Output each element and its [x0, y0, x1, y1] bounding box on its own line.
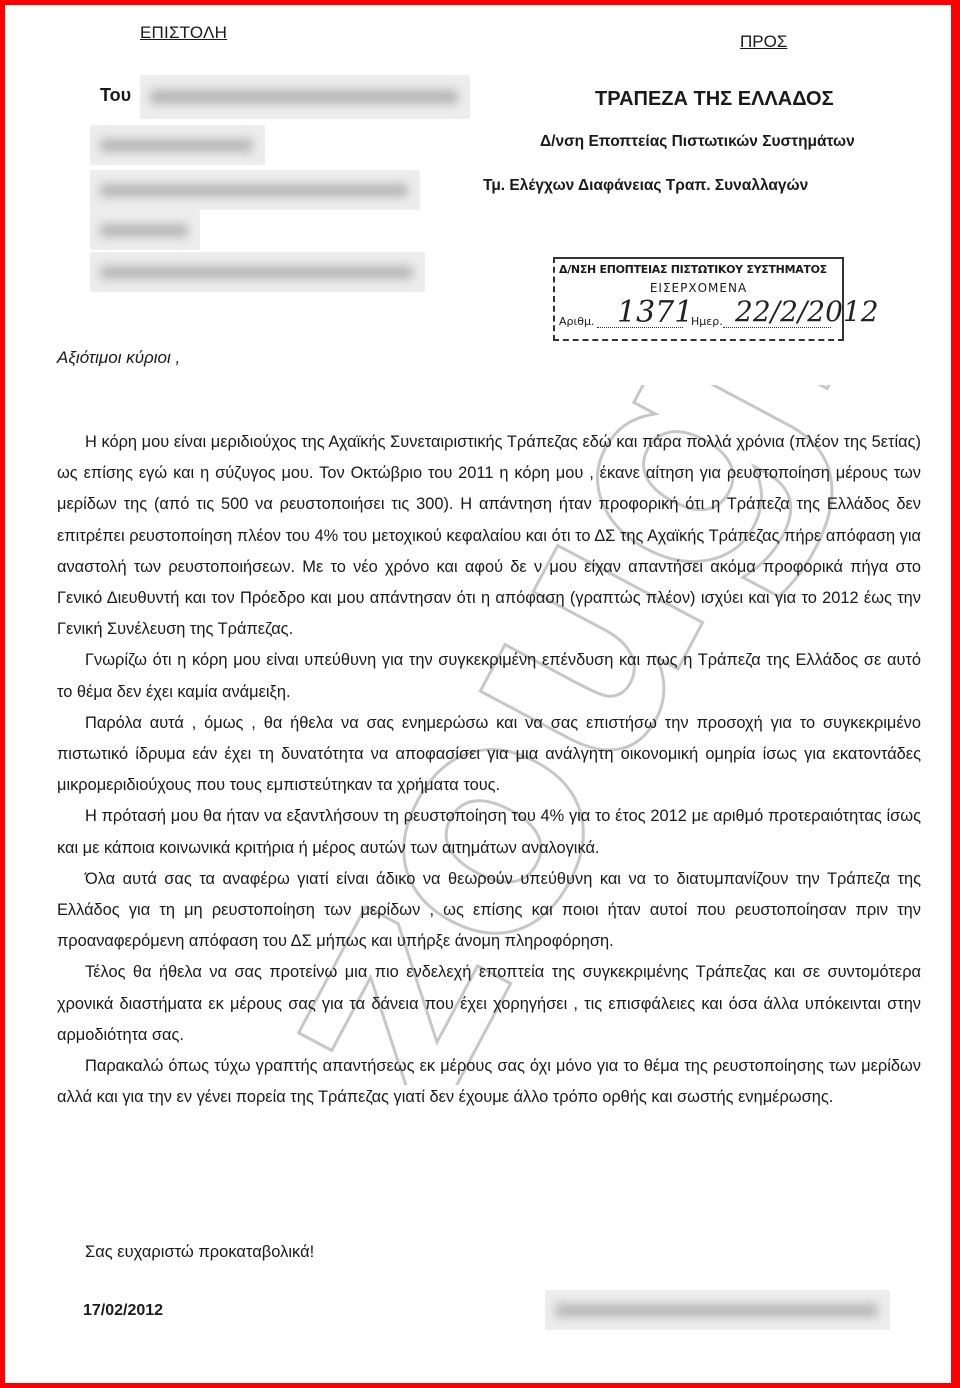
to-label: ΠΡΟΣ: [740, 32, 787, 52]
redacted-postcode: [90, 210, 200, 250]
redacted-address-line-2: [90, 170, 420, 210]
recipient-bank: ΤΡΑΠΕΖΑ ΤΗΣ ΕΛΛΑΔΟΣ: [595, 88, 834, 111]
letter-date: 17/02/2012: [83, 1302, 163, 1320]
paragraph: Τέλος θα ήθελα να σας προτείνω μια πιο ε…: [57, 957, 921, 1051]
stamp-subheader: ΕΙΣΕΡΧΟΜΕΝΑ: [555, 281, 842, 295]
paragraph: Παρακαλώ όπως τύχω γραπτής απαντήσεως εκ…: [57, 1051, 921, 1113]
paragraph: Η πρότασή μου θα ήταν να εξαντλήσουν τη …: [57, 801, 921, 863]
closing: Σας ευχαριστώ προκαταβολικά!: [85, 1243, 314, 1262]
paragraph: Παρόλα αυτά , όμως , θα ήθελα να σας ενη…: [57, 708, 921, 802]
redacted-sender-name: [140, 75, 470, 119]
stamp-date: 22/2/2012: [735, 295, 879, 328]
redacted-phone: [90, 252, 425, 292]
frame-border-right: [951, 5, 960, 1388]
paragraph: Γνωρίζω ότι η κόρη μου είναι υπεύθυνη γι…: [57, 645, 921, 707]
recipient-department: Δ/νση Εποπτείας Πιστωτικών Συστημάτων: [540, 133, 855, 151]
letter-type-label: ΕΠΙΣΤΟΛΗ: [140, 23, 227, 43]
incoming-stamp: Δ/ΝΣΗ ΕΠΟΠΤΕΙΑΣ ΠΙΣΤΩΤΙΚΟΥ ΣΥΣΤΗΜΑΤΟΣ ΕΙ…: [553, 257, 844, 341]
salutation: Αξιότιμοι κύριοι ,: [57, 348, 180, 368]
letter-body: Η κόρη μου είναι μεριδιούχος της Αχαϊκής…: [57, 427, 921, 1113]
stamp-date-label: Ημερ.: [691, 315, 723, 328]
sender-prefix: Του: [100, 85, 131, 106]
paragraph: Όλα αυτά σας τα αναφέρω γιατί είναι άδικ…: [57, 864, 921, 958]
paragraph: Η κόρη μου είναι μεριδιούχος της Αχαϊκής…: [57, 427, 921, 645]
redacted-signature: [545, 1290, 890, 1330]
recipient-section: Τμ. Ελέγχων Διαφάνειας Τραπ. Συναλλαγών: [483, 177, 808, 195]
stamp-header: Δ/ΝΣΗ ΕΠΟΠΤΕΙΑΣ ΠΙΣΤΩΤΙΚΟΥ ΣΥΣΤΗΜΑΤΟΣ: [559, 263, 827, 276]
scanned-letter: zougla.gr ΕΠΙΣΤΟΛΗ ΠΡΟΣ Του ΤΡΑΠΕΖΑ ΤΗΣ …: [5, 5, 951, 1383]
redacted-address-line-1: [90, 125, 265, 165]
stamp-number-label: Αριθμ.: [559, 315, 594, 328]
stamp-number: 1371: [617, 295, 693, 330]
